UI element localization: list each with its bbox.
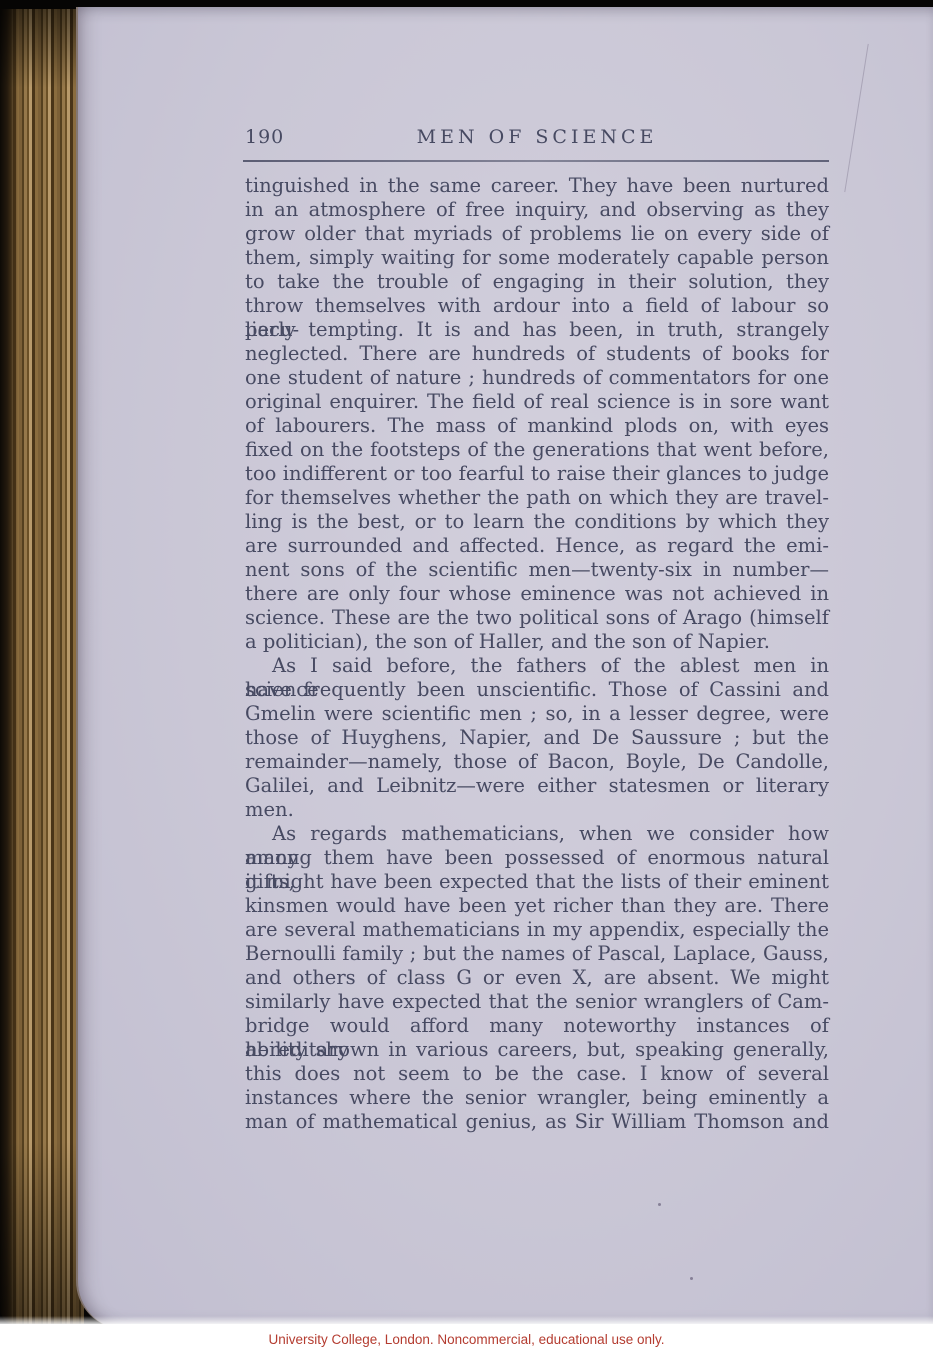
text-line: liarly tempting. It is and has been, in … xyxy=(245,318,829,342)
text-line: instances where the senior wrangler, bei… xyxy=(245,1086,829,1110)
paper-speckle xyxy=(690,1277,693,1280)
text-line: science. These are the two political son… xyxy=(245,606,829,630)
book-photo-frame: 190 MEN OF SCIENCE tinguished in the sam… xyxy=(0,0,933,1352)
text-line: those of Huyghens, Napier, and De Saussu… xyxy=(245,726,829,750)
page-body-text: tinguished in the same career. They have… xyxy=(245,174,829,1134)
text-line: remainder—namely, those of Bacon, Boyle,… xyxy=(245,750,829,774)
text-line: fixed on the footsteps of the generation… xyxy=(245,438,829,462)
text-line: in an atmosphere of free inquiry, and ob… xyxy=(245,198,829,222)
text-line: too indifferent or too fearful to raise … xyxy=(245,462,829,486)
text-line: man of mathematical genius, as Sir Willi… xyxy=(245,1110,829,1134)
text-line: one student of nature ; hundreds of comm… xyxy=(245,366,829,390)
text-line: tinguished in the same career. They have… xyxy=(245,174,829,198)
paragraph: tinguished in the same career. They have… xyxy=(245,174,829,654)
text-line: ability shown in various careers, but, s… xyxy=(245,1038,829,1062)
text-line: similarly have expected that the senior … xyxy=(245,990,829,1014)
text-line: men. xyxy=(245,798,829,822)
text-line: Galilei, and Leibnitz—were either states… xyxy=(245,774,829,798)
text-line: have frequently been unscientific. Those… xyxy=(245,678,829,702)
paper-speckle xyxy=(658,1203,661,1206)
text-line: original enquirer. The field of real sci… xyxy=(245,390,829,414)
text-line: ling is the best, or to learn the condit… xyxy=(245,510,829,534)
text-line: there are only four whose eminence was n… xyxy=(245,582,829,606)
text-line: As I said before, the fathers of the abl… xyxy=(245,654,829,678)
text-line: bridge would afford many noteworthy inst… xyxy=(245,1014,829,1038)
footer-fade xyxy=(0,1316,933,1324)
text-line: to take the trouble of engaging in their… xyxy=(245,270,829,294)
text-line: them, simply waiting for some moderately… xyxy=(245,246,829,270)
page-header-title: MEN OF SCIENCE xyxy=(245,126,829,148)
text-line: it might have been expected that the lis… xyxy=(245,870,829,894)
text-line: grow older that myriads of problems lie … xyxy=(245,222,829,246)
text-line: this does not seem to be the case. I kno… xyxy=(245,1062,829,1086)
page-scratch-line xyxy=(844,44,868,192)
text-line: for themselves whether the path on which… xyxy=(245,486,829,510)
text-line: of labourers. The mass of mankind plods … xyxy=(245,414,829,438)
text-line: Gmelin were scientific men ; so, in a le… xyxy=(245,702,829,726)
text-line: are surrounded and affected. Hence, as r… xyxy=(245,534,829,558)
paragraph: As I said before, the fathers of the abl… xyxy=(245,654,829,822)
text-line: neglected. There are hundreds of student… xyxy=(245,342,829,366)
paragraph: As regards mathematicians, when we consi… xyxy=(245,822,829,1134)
text-line: are several mathematicians in my appendi… xyxy=(245,918,829,942)
text-line: nent sons of the scientific men—twenty-s… xyxy=(245,558,829,582)
usage-caption: University College, London. Noncommercia… xyxy=(0,1332,933,1347)
text-line: As regards mathematicians, when we consi… xyxy=(245,822,829,846)
text-line: and others of class G or even X, are abs… xyxy=(245,966,829,990)
text-line: throw themselves with ardour into a fiel… xyxy=(245,294,829,318)
text-line: among them have been possessed of enormo… xyxy=(245,846,829,870)
header-rule xyxy=(243,160,829,162)
text-line: kinsmen would have been yet richer than … xyxy=(245,894,829,918)
book-page-edges xyxy=(0,9,84,1326)
text-line: Bernoulli family ; but the names of Pasc… xyxy=(245,942,829,966)
text-line: a politician), the son of Haller, and th… xyxy=(245,630,829,654)
